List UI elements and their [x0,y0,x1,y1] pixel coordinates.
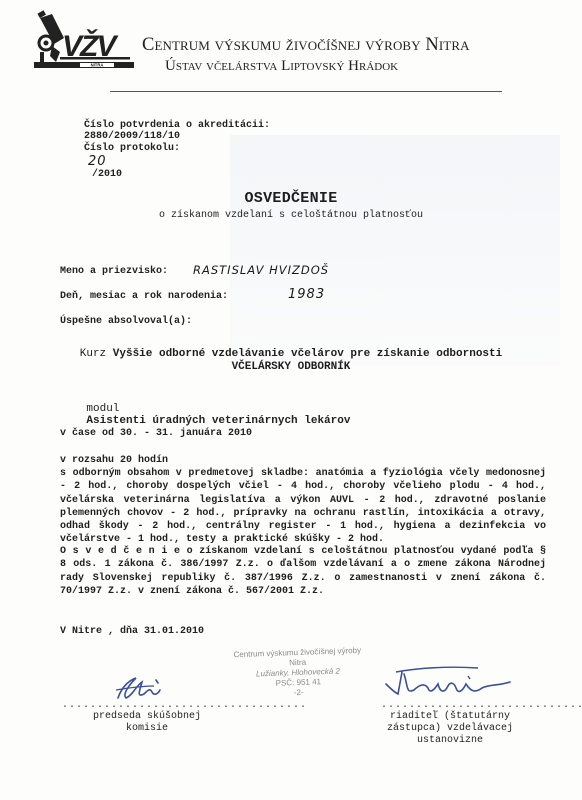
name-label: Meno a priezvisko: [60,266,168,277]
accreditation-label: Číslo potvrdenia o akreditácii: [84,120,270,131]
course-prefix: Kurz [80,348,106,360]
birth-value-handwritten: 1983 [288,287,325,302]
organization-name: Centrum výskumu živočíšnej výroby Nitra [142,35,470,56]
course-period: v čase od 30. - 31. januára 2010 [60,428,252,439]
course-qualification: VČELÁRSKY ODBORNÍK [0,361,582,373]
institution-stamp: Centrum výskumu živočíšnej výroby Nitra … [227,646,369,701]
chairman-label: predseda skúšobnej komisie [72,711,222,735]
scan-shading [230,135,560,365]
protocol-row: Číslo protokolu: 20 /2010 [60,132,180,191]
certificate-subtitle: o získanom vzdelaní s celoštátnou platno… [0,210,582,221]
place-date: V Nitre , dňa 31.01.2010 [60,626,204,637]
course-name: Vyššie odborné vzdelávanie včelárov pre … [113,348,502,360]
course-line: Kurz Vyššie odborné vzdelávanie včelárov… [0,348,582,360]
protocol-number-handwritten: 20 [88,154,107,169]
signature-line-left: ................................... [62,700,307,711]
course-hours: v rozsahu 20 hodín [60,455,168,466]
module-prefix: modul [86,403,119,415]
certificate-page: NITRA VŽV Centrum výskumu živočíšnej výr… [0,0,582,800]
signature-line-right: ................................... [381,700,582,711]
completed-label: Úspešne absolvoval(a): [60,316,192,327]
header-divider [110,91,502,92]
module-name: Asistenti úradných veterinárnych lekárov [86,415,350,427]
name-value-handwritten: RASTISLAV HVIZDOŠ [193,263,329,277]
protocol-year: /2010 [92,169,122,180]
director-label-line-2: zástupca) vzdelávacej [380,723,520,735]
birth-label: Deň, mesiac a rok narodenia: [60,291,228,302]
director-signature [378,662,518,702]
director-label: riaditeľ (štatutárny zástupca) vzdelávac… [380,711,520,747]
director-label-line-1: riaditeľ (štatutárny [380,711,520,723]
director-label-line-3: ustanovizne [380,735,520,747]
cvzv-logo-icon: NITRA VŽV [30,10,135,72]
certificate-title: OSVEDČENIE [0,190,582,207]
legal-basis: O s v e d č e n i e o získanom vzdelaní … [60,545,546,598]
svg-text:NITRA: NITRA [91,63,104,68]
department-name: Ústav včelárstva Liptovský Hrádok [165,58,398,75]
course-content: s odborným obsahom v predmetovej skladbe… [60,467,546,547]
protocol-label: Číslo protokolu: [84,143,180,154]
chairman-label-line-1: predseda skúšobnej [72,711,222,723]
chairman-label-line-2: komisie [72,723,222,735]
